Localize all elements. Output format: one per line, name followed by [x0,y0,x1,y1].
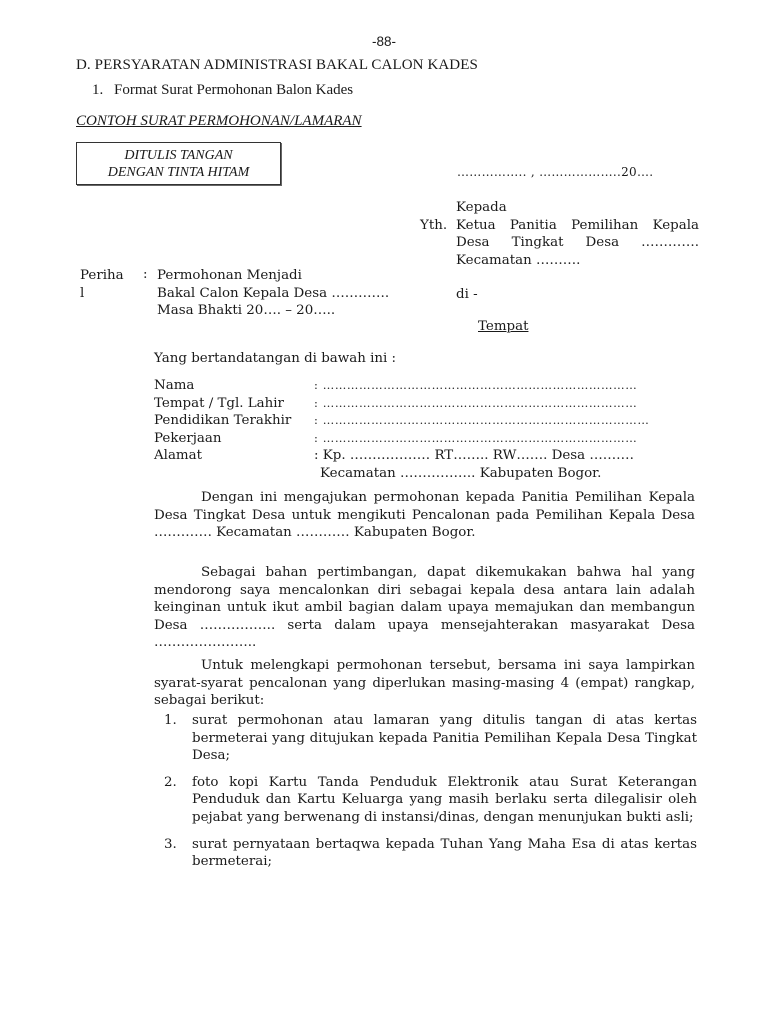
requirements-list: 1. surat permohonan atau lamaran yang di… [164,712,697,880]
paragraph-3: Untuk melengkapi permohonan tersebut, be… [154,657,695,710]
requirement-number: 3. [164,836,192,871]
field-value: : Kp. ……………… RT…….. RW……. Desa ………. [314,447,634,465]
date-line: …………….. , ………………..20…. [457,165,653,179]
paragraph-1: Dengan ini mengajukan permohonan kepada … [154,489,695,542]
field-row-nama: Nama : …………………………………………………………………… [154,377,649,395]
field-label: Pendidikan Terakhir [154,412,314,430]
field-row-alamat: Alamat : Kp. ……………… RT…….. RW……. Desa ……… [154,447,649,465]
subsection-number: 1. [92,82,114,99]
field-value: : ……………………………………………………………………… [314,412,649,430]
field-row-tempat-tgl-lahir: Tempat / Tgl. Lahir : ………………………………………………… [154,395,649,413]
perihal-label-line-2: l [80,285,124,303]
recipient-line-3: Kecamatan ………. [456,252,580,270]
page-number: -88- [0,34,768,49]
note-line-1: DITULIS TANGAN [77,147,280,164]
field-label: Alamat [154,447,314,465]
recipient-word: Pemilihan [571,217,638,235]
section-title: D. PERSYARATAN ADMINISTRASI BAKAL CALON … [76,57,478,74]
requirement-text: foto kopi Kartu Tanda Penduduk Elektroni… [192,774,697,827]
requirement-number: 2. [164,774,192,827]
requirement-item: 2. foto kopi Kartu Tanda Penduduk Elektr… [164,774,697,827]
field-row-pendidikan: Pendidikan Terakhir : ………………………………………………… [154,412,649,430]
requirement-text: surat pernyataan bertaqwa kepada Tuhan Y… [192,836,697,871]
field-label: Nama [154,377,314,395]
paragraph-text: Untuk melengkapi permohonan tersebut, be… [154,658,695,708]
paragraph-text: Dengan ini mengajukan permohonan kepada … [154,490,695,540]
handwritten-note-box: DITULIS TANGAN DENGAN TINTA HITAM [76,142,281,185]
recipient-word: Panitia [510,217,557,235]
applicant-fields: Nama : …………………………………………………………………… Tempat… [154,377,649,482]
recipient-word: Desa [586,234,620,252]
field-label: Tempat / Tgl. Lahir [154,395,314,413]
recipient-di: di - [456,286,478,304]
requirement-text: surat permohonan atau lamaran yang ditul… [192,712,697,765]
perihal-line-3: Masa Bhakti 20…. – 20….. [157,302,389,320]
intro-line: Yang bertandatangan di bawah ini : [154,351,396,366]
recipient-word: Kepala [653,217,699,235]
field-row-alamat-2: Kecamatan …………….. Kabupaten Bogor. [154,465,649,483]
requirement-item: 1. surat permohonan atau lamaran yang di… [164,712,697,765]
perihal-line-2: Bakal Calon Kepala Desa …………. [157,285,389,303]
recipient-tempat: Tempat [478,319,528,334]
field-label-empty [154,465,314,483]
field-value: Kecamatan …………….. Kabupaten Bogor. [314,465,601,483]
subsection-label: Format Surat Permohonan Balon Kades [114,82,353,98]
requirement-number: 1. [164,712,192,765]
paragraph-2: Sebagai bahan pertimbangan, dapat dikemu… [154,564,695,652]
perihal-colon: : [143,267,148,282]
field-value: : …………………………………………………………………… [314,377,637,395]
recipient-yth: Yth. [420,217,447,235]
perihal-label: Periha l [80,267,124,302]
recipient-word: Desa [456,234,490,252]
note-line-2: DENGAN TINTA HITAM [77,164,280,181]
paragraph-text: Sebagai bahan pertimbangan, dapat dikemu… [154,565,695,650]
field-value: : …………………………………………………………………… [314,395,637,413]
perihal-label-line-1: Periha [80,267,124,285]
perihal-text: Permohonan Menjadi Bakal Calon Kepala De… [157,267,389,320]
recipient-kepada: Kepada [456,199,507,217]
field-row-pekerjaan: Pekerjaan : …………………………………………………………………… [154,430,649,448]
example-title: CONTOH SURAT PERMOHONAN/LAMARAN [76,113,362,130]
subsection-title: 1.Format Surat Permohonan Balon Kades [92,82,353,99]
recipient-word: Ketua [456,217,496,235]
field-label: Pekerjaan [154,430,314,448]
perihal-line-1: Permohonan Menjadi [157,267,389,285]
recipient-word: Tingkat [512,234,564,252]
recipient-word: …………. [641,234,699,252]
requirement-item: 3. surat pernyataan bertaqwa kepada Tuha… [164,836,697,871]
field-value: : …………………………………………………………………… [314,430,637,448]
recipient-line-2: Desa Tingkat Desa …………. [456,234,699,252]
recipient-line-1: Ketua Panitia Pemilihan Kepala [456,217,699,235]
